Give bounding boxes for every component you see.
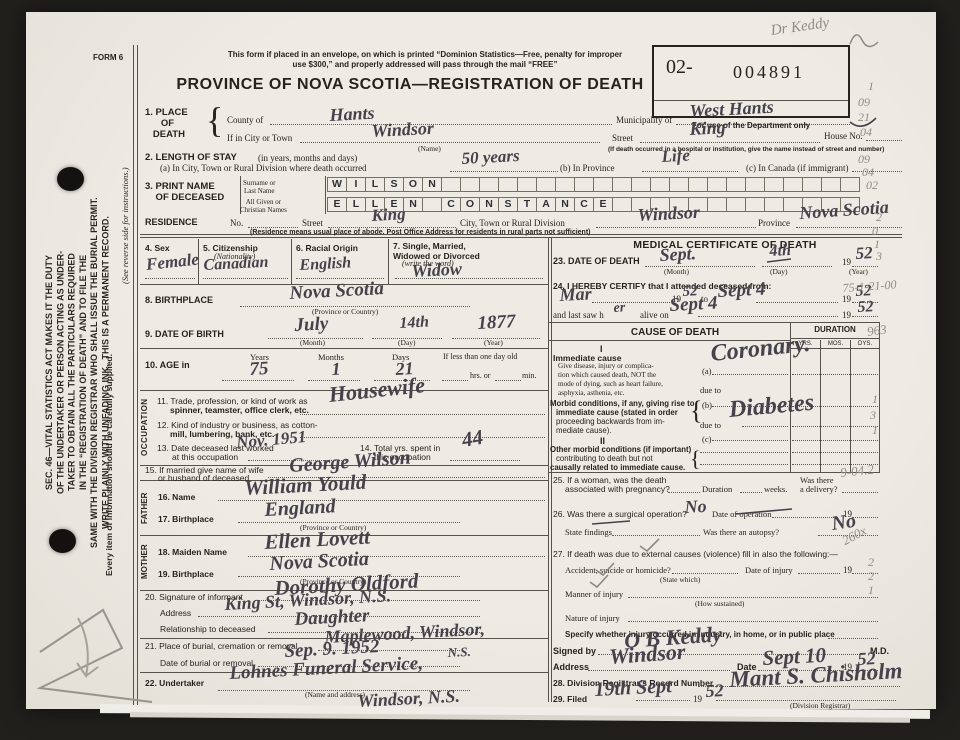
- s21-ns: N.S.: [447, 645, 471, 659]
- form-number: FORM 6: [93, 53, 123, 62]
- s24-19c: 19: [842, 310, 851, 321]
- s26-date-label: Date of operation: [712, 509, 771, 519]
- s5-value: Canadian: [203, 255, 269, 274]
- s27-nature-label: Nature of injury: [565, 613, 620, 623]
- envelope-notice-line2: use $300,” and properly addressed will p…: [210, 60, 640, 69]
- s23-year: 52: [855, 244, 873, 262]
- due-to-2: due to: [700, 420, 721, 430]
- s27-label: 27. If death was due to external causes …: [553, 549, 838, 559]
- s26-findings-label: State findings: [565, 527, 612, 537]
- rule: [879, 322, 880, 472]
- name-grid-cell: C: [574, 197, 594, 212]
- scanned-death-registration: { "header": { "form_no": "FORM 6", "noti…: [0, 0, 960, 740]
- name-grid-cell: N: [422, 177, 442, 192]
- margin-note: 2: [868, 556, 874, 568]
- name-grid-cell: N: [479, 197, 499, 212]
- house-no-label: House No.: [824, 131, 863, 142]
- s9-year-sub: (Year): [484, 339, 503, 348]
- residence-province-label: Province: [758, 218, 790, 229]
- s2-label: 2. LENGTH OF STAY: [145, 152, 237, 163]
- name-grid-cell: [479, 177, 499, 192]
- s29-label: 29. Filed: [553, 694, 587, 704]
- s24-er: er: [613, 301, 625, 316]
- rule: [270, 124, 612, 125]
- name-grid-cell: L: [365, 177, 385, 192]
- father-vertical-label: FATHER: [140, 486, 153, 530]
- given-sublabel: All Given or Christian Names: [240, 198, 287, 215]
- residence-note: (Residence means usual place of abode. P…: [250, 229, 591, 237]
- morbid-label-2: immediate cause (stated in order: [556, 408, 678, 417]
- s27-accident-label: Accident, suicide or homicide?: [565, 565, 671, 575]
- name-grid-cell: [764, 177, 784, 192]
- due-to-1: due to: [700, 385, 721, 395]
- morbid-label-1: Morbid conditions, if any, giving rise t…: [550, 399, 695, 408]
- s17-value: England: [264, 496, 336, 520]
- s10-label: 10. AGE in: [145, 360, 190, 371]
- margin-note: 9-04.2: [840, 463, 875, 479]
- s29-sub: (Division Registrar): [790, 702, 850, 711]
- s24-alive-value: Sept 4: [669, 294, 718, 315]
- medical-certificate-title: MEDICAL CERTIFICATE OF DEATH: [560, 239, 890, 251]
- s1-brace: {: [206, 99, 223, 141]
- name-grid-cell: O: [460, 197, 480, 212]
- margin-note: 0: [872, 225, 878, 237]
- s23-year-sub: (Year): [849, 268, 868, 277]
- s29-filed-value: 19th Sept: [594, 676, 672, 700]
- s9-month-sub: (Month): [300, 339, 325, 348]
- rule: [700, 464, 788, 465]
- margin-note: 04: [862, 166, 874, 178]
- rule: [300, 414, 545, 415]
- other-morbid-label-3: causally related to immediate cause.: [550, 463, 685, 472]
- name-grid-cell: [612, 197, 632, 212]
- name-grid-cell: A: [536, 197, 556, 212]
- rule: [740, 492, 762, 493]
- s19-label: 19. Birthplace: [158, 569, 214, 579]
- s14-value: 44: [460, 427, 484, 451]
- s26-autopsy-label: Was there an autopsy?: [703, 527, 779, 537]
- s7-value: Widow: [411, 259, 462, 280]
- rule: [640, 142, 820, 143]
- s1-label: 1. PLACE OF DEATH: [145, 107, 188, 141]
- name-grid-cell: O: [403, 177, 423, 192]
- s25-delivery-label: a delivery?: [800, 484, 838, 494]
- name-grid-cell: [726, 197, 746, 212]
- s10-hrs-label: hrs. or: [470, 371, 490, 380]
- rule: [852, 573, 878, 574]
- s2a-value: 50 years: [461, 147, 520, 167]
- name-grid-cell: [726, 177, 746, 192]
- s3-label: 3. PRINT NAME OF DECEASED: [145, 181, 224, 203]
- rule: [852, 171, 902, 172]
- s10-less-label: If less than one day old: [443, 352, 517, 361]
- residence-city-label: City, Town or Rural Division: [460, 218, 565, 229]
- city-label: If in City or Town: [227, 133, 292, 144]
- s24-to-value: Sept 4: [717, 280, 766, 301]
- rule: [798, 573, 840, 574]
- name-grid-cell: N: [555, 197, 575, 212]
- street-label: Street: [612, 133, 633, 144]
- rule: [698, 316, 838, 317]
- rule: [628, 597, 878, 598]
- s27-19: 19: [843, 565, 852, 576]
- surname-sublabel: Surname or Last Name: [243, 179, 275, 196]
- name-grid-cell: E: [327, 197, 347, 212]
- margin-note: 09: [858, 153, 870, 165]
- margin-reverse-note: (See reverse side for instructions.): [120, 126, 133, 326]
- margin-note: 75-1-21-00: [842, 278, 897, 294]
- s16-label: 16. Name: [158, 492, 195, 502]
- dept-box-caption: For use of the Department only: [652, 121, 850, 130]
- rule: [588, 670, 730, 671]
- name-grid-cell: W: [327, 177, 347, 192]
- margin-note: 04: [860, 126, 872, 138]
- rule: [300, 142, 600, 143]
- name-grid-cell: [498, 177, 518, 192]
- s11-label-2: spinner, teamster, office clerk, etc.: [170, 405, 309, 415]
- morbid-label-3: proceeding backwards from im-: [556, 417, 665, 426]
- rule: [668, 492, 700, 493]
- residence-city-value: Windsor: [637, 203, 700, 224]
- rule: [852, 316, 878, 317]
- s25-weeks-label: weeks.: [764, 484, 787, 494]
- s20-rel-label: Relationship to deceased: [160, 624, 255, 634]
- city-value: Windsor: [371, 119, 434, 140]
- s27-manner-label: Manner of injury: [565, 589, 623, 599]
- margin-note: 1: [872, 424, 878, 436]
- name-grid-cell: [802, 177, 822, 192]
- s23-day-sub: (Day): [770, 268, 788, 277]
- s25-duration-label: Duration: [702, 484, 732, 494]
- rule: [450, 171, 558, 172]
- name-grid-cell: [574, 177, 594, 192]
- margin-note: 3: [870, 409, 876, 421]
- rule: [628, 621, 878, 622]
- rule: [495, 380, 521, 381]
- registration-number-prefix: 02-: [666, 56, 693, 80]
- rule: [712, 374, 788, 375]
- s9-label: 9. DATE OF BIRTH: [145, 329, 224, 340]
- margin-note: 2: [876, 211, 882, 223]
- margin-note: 963: [866, 322, 887, 338]
- rule: [388, 239, 389, 284]
- rule: [712, 440, 788, 441]
- rule: [222, 380, 294, 381]
- residence-no-label: No.: [230, 218, 243, 229]
- county-value: Hants: [329, 104, 375, 124]
- s9-day-sub: (Day): [398, 339, 416, 348]
- margin-note: 3: [876, 250, 882, 262]
- name-grid-cell: [555, 177, 575, 192]
- s29-year: 52: [705, 681, 724, 700]
- s24-last-label: and last saw h: [553, 310, 604, 321]
- rule: [828, 638, 878, 639]
- s24-alive-label: alive on: [640, 310, 669, 321]
- name-grid-cell: [593, 177, 613, 192]
- s10-years: 75: [249, 359, 269, 379]
- other-morbid-label-1: Other morbid conditions (if important): [550, 445, 691, 454]
- margin-note: 09: [858, 96, 870, 108]
- city-sub: (Name): [418, 145, 441, 154]
- rule: [642, 171, 738, 172]
- street-sub: (If death occurred in a hospital or inst…: [608, 146, 884, 154]
- rule: [636, 700, 690, 701]
- cause-b-label: (b): [702, 400, 712, 410]
- name-grid-cell: [517, 177, 537, 192]
- residence-label: RESIDENCE: [145, 217, 198, 228]
- s6-value: English: [299, 255, 351, 274]
- name-grid-cell: T: [517, 197, 537, 212]
- name-grid-cell: [821, 177, 841, 192]
- rule: [325, 176, 326, 214]
- name-grid-cell: [536, 177, 556, 192]
- rule: [796, 227, 902, 228]
- margin-note: 02: [866, 179, 878, 191]
- s23-month-sub: (Month): [664, 268, 689, 277]
- s21-label: 21. Place of burial, cremation or remova…: [145, 641, 298, 651]
- rule: [133, 45, 134, 705]
- immediate-cause-desc: Give disease, injury or complica- tion w…: [558, 362, 663, 398]
- rule: [852, 517, 878, 518]
- s25-label-2: associated with pregnancy?: [565, 484, 670, 494]
- s20-addr-label: Address: [160, 608, 191, 618]
- rule: [772, 517, 838, 518]
- rule: [792, 426, 878, 427]
- rule: [203, 278, 288, 279]
- rule: [548, 322, 880, 323]
- s22-label: 22. Undertaker: [145, 678, 204, 688]
- s23-day: 4th: [769, 243, 791, 260]
- s24-year-c: 52: [857, 299, 874, 316]
- name-grid-cell: [764, 197, 784, 212]
- municipality-value: West Hants: [689, 98, 774, 120]
- s26-value: No: [684, 497, 707, 516]
- name-grid-cell: C: [441, 197, 461, 212]
- s24-from: Mar: [559, 284, 592, 304]
- name-grid-cell: [783, 177, 803, 192]
- envelope-notice-line1: This form if placed in an envelope, on w…: [210, 50, 640, 59]
- rule: [792, 374, 878, 375]
- street-value: King: [689, 118, 726, 138]
- s10-min-label: min.: [522, 371, 536, 380]
- name-grid-cell: [441, 177, 461, 192]
- name-grid-cell: [745, 197, 765, 212]
- rule: [612, 535, 700, 536]
- s9-year: 1877: [477, 312, 516, 333]
- s2c-label: (c) In Canada (if immigrant): [746, 163, 848, 174]
- rule: [137, 45, 138, 705]
- cause-c-label: (c): [702, 434, 711, 444]
- mother-vertical-label: MOTHER: [140, 540, 153, 584]
- s15-label-2: or husband of deceased: [158, 473, 249, 483]
- cause-a-label: (a): [702, 366, 711, 376]
- name-grid-cell: [688, 177, 708, 192]
- margin-note: 1: [868, 584, 874, 596]
- name-grid-cell: [745, 177, 765, 192]
- s17-label: 17. Birthplace: [158, 514, 214, 524]
- s27-injurydate-label: Date of injury: [745, 565, 793, 575]
- given-name-grid: ELLENCONSTANCE: [328, 197, 860, 212]
- rule: [140, 348, 548, 349]
- registration-number: 004891: [733, 62, 805, 83]
- s23-label: 23. DATE OF DEATH: [553, 256, 640, 267]
- rule: [592, 302, 670, 303]
- county-label: County of: [227, 115, 263, 126]
- surname-grid: WILSON: [328, 177, 860, 192]
- s6-label: 6. Racial Origin: [296, 243, 358, 253]
- rule: [700, 452, 788, 453]
- margin-note: 1: [872, 393, 878, 405]
- s13-label-2: at this occupation: [172, 452, 238, 462]
- s19-value: Nova Scotia: [269, 549, 369, 574]
- rule: [442, 380, 468, 381]
- rule: [672, 573, 738, 574]
- duration-dys: DYS.: [851, 341, 879, 348]
- name-grid-cell: E: [593, 197, 613, 212]
- rule: [756, 302, 838, 303]
- name-grid-cell: I: [346, 177, 366, 192]
- rule: [842, 492, 878, 493]
- margin-note: 2: [868, 570, 874, 582]
- rule: [866, 140, 902, 141]
- occupation-vertical-label: OCCUPATION: [140, 392, 153, 463]
- rule: [248, 227, 298, 228]
- s9-month: July: [294, 314, 329, 335]
- rule: [742, 426, 788, 427]
- residence-street-label: Street: [302, 218, 323, 229]
- s29-19: 19: [693, 694, 702, 705]
- municipality-label: Municipality of: [616, 115, 672, 126]
- s24-19b: 19: [842, 294, 851, 305]
- margin-statute-text: SEC. 46—VITAL STATISTICS ACT MAKES IT TH…: [44, 120, 110, 625]
- s26-label: 26. Was there a surgical operation?: [553, 509, 687, 519]
- rule: [328, 227, 456, 228]
- morbid-label-4: mediate cause).: [556, 426, 611, 435]
- rule: [645, 266, 755, 267]
- margin-note: 21: [858, 111, 870, 123]
- name-grid-cell: [631, 177, 651, 192]
- signed-by-label: Signed by: [553, 646, 596, 657]
- name-grid-cell: [650, 177, 670, 192]
- s2b-value: Life: [661, 147, 690, 165]
- s10-months: 1: [331, 360, 341, 378]
- name-grid-cell: N: [403, 197, 423, 212]
- name-grid-cell: [707, 197, 727, 212]
- margin-note: 1: [868, 80, 874, 92]
- s27-statewhich-sub: (State which): [660, 576, 700, 585]
- name-grid-cell: [612, 177, 632, 192]
- name-grid-cell: [460, 177, 480, 192]
- residence-street-value: King: [371, 205, 406, 224]
- s22-sub: (Name and address): [305, 691, 365, 700]
- s4-label: 4. Sex: [145, 243, 170, 253]
- rule: [792, 440, 878, 441]
- rule: [291, 239, 292, 284]
- s2b-label: (b) In Province: [560, 163, 614, 174]
- signed-address-value: Windsor: [608, 641, 686, 668]
- s27-how-sub: (How sustained): [695, 600, 744, 609]
- other-morbid-label-2: contributing to death but not: [556, 454, 653, 463]
- name-grid-cell: [669, 177, 689, 192]
- rule: [145, 278, 195, 279]
- name-grid-cell: [840, 177, 860, 192]
- signed-address-label: Address: [553, 662, 589, 673]
- rule: [300, 437, 545, 438]
- rule: [450, 460, 520, 461]
- margin-supplied-text: Every item of information should be care…: [104, 300, 117, 630]
- s23-month: Sept.: [659, 244, 696, 264]
- s8-label: 8. BIRTHPLACE: [145, 295, 213, 306]
- s18-label: 18. Maiden Name: [158, 547, 227, 557]
- name-grid-cell: [707, 177, 727, 192]
- s9-day: 14th: [399, 314, 429, 332]
- name-grid-cell: L: [346, 197, 366, 212]
- s8-value: Nova Scotia: [289, 279, 384, 303]
- duration-mos: MOS.: [821, 341, 850, 348]
- name-grid-cell: [422, 197, 442, 212]
- name-grid-cell: S: [384, 177, 404, 192]
- s2a-label: (a) In City, Town or Rural Division wher…: [160, 163, 367, 174]
- cause-brace-2: {: [690, 446, 701, 472]
- name-grid-cell: S: [498, 197, 518, 212]
- rule: [596, 227, 756, 228]
- rule: [792, 452, 878, 453]
- rule: [548, 237, 549, 702]
- page-title: PROVINCE OF NOVA SCOTIA—REGISTRATION OF …: [170, 76, 650, 95]
